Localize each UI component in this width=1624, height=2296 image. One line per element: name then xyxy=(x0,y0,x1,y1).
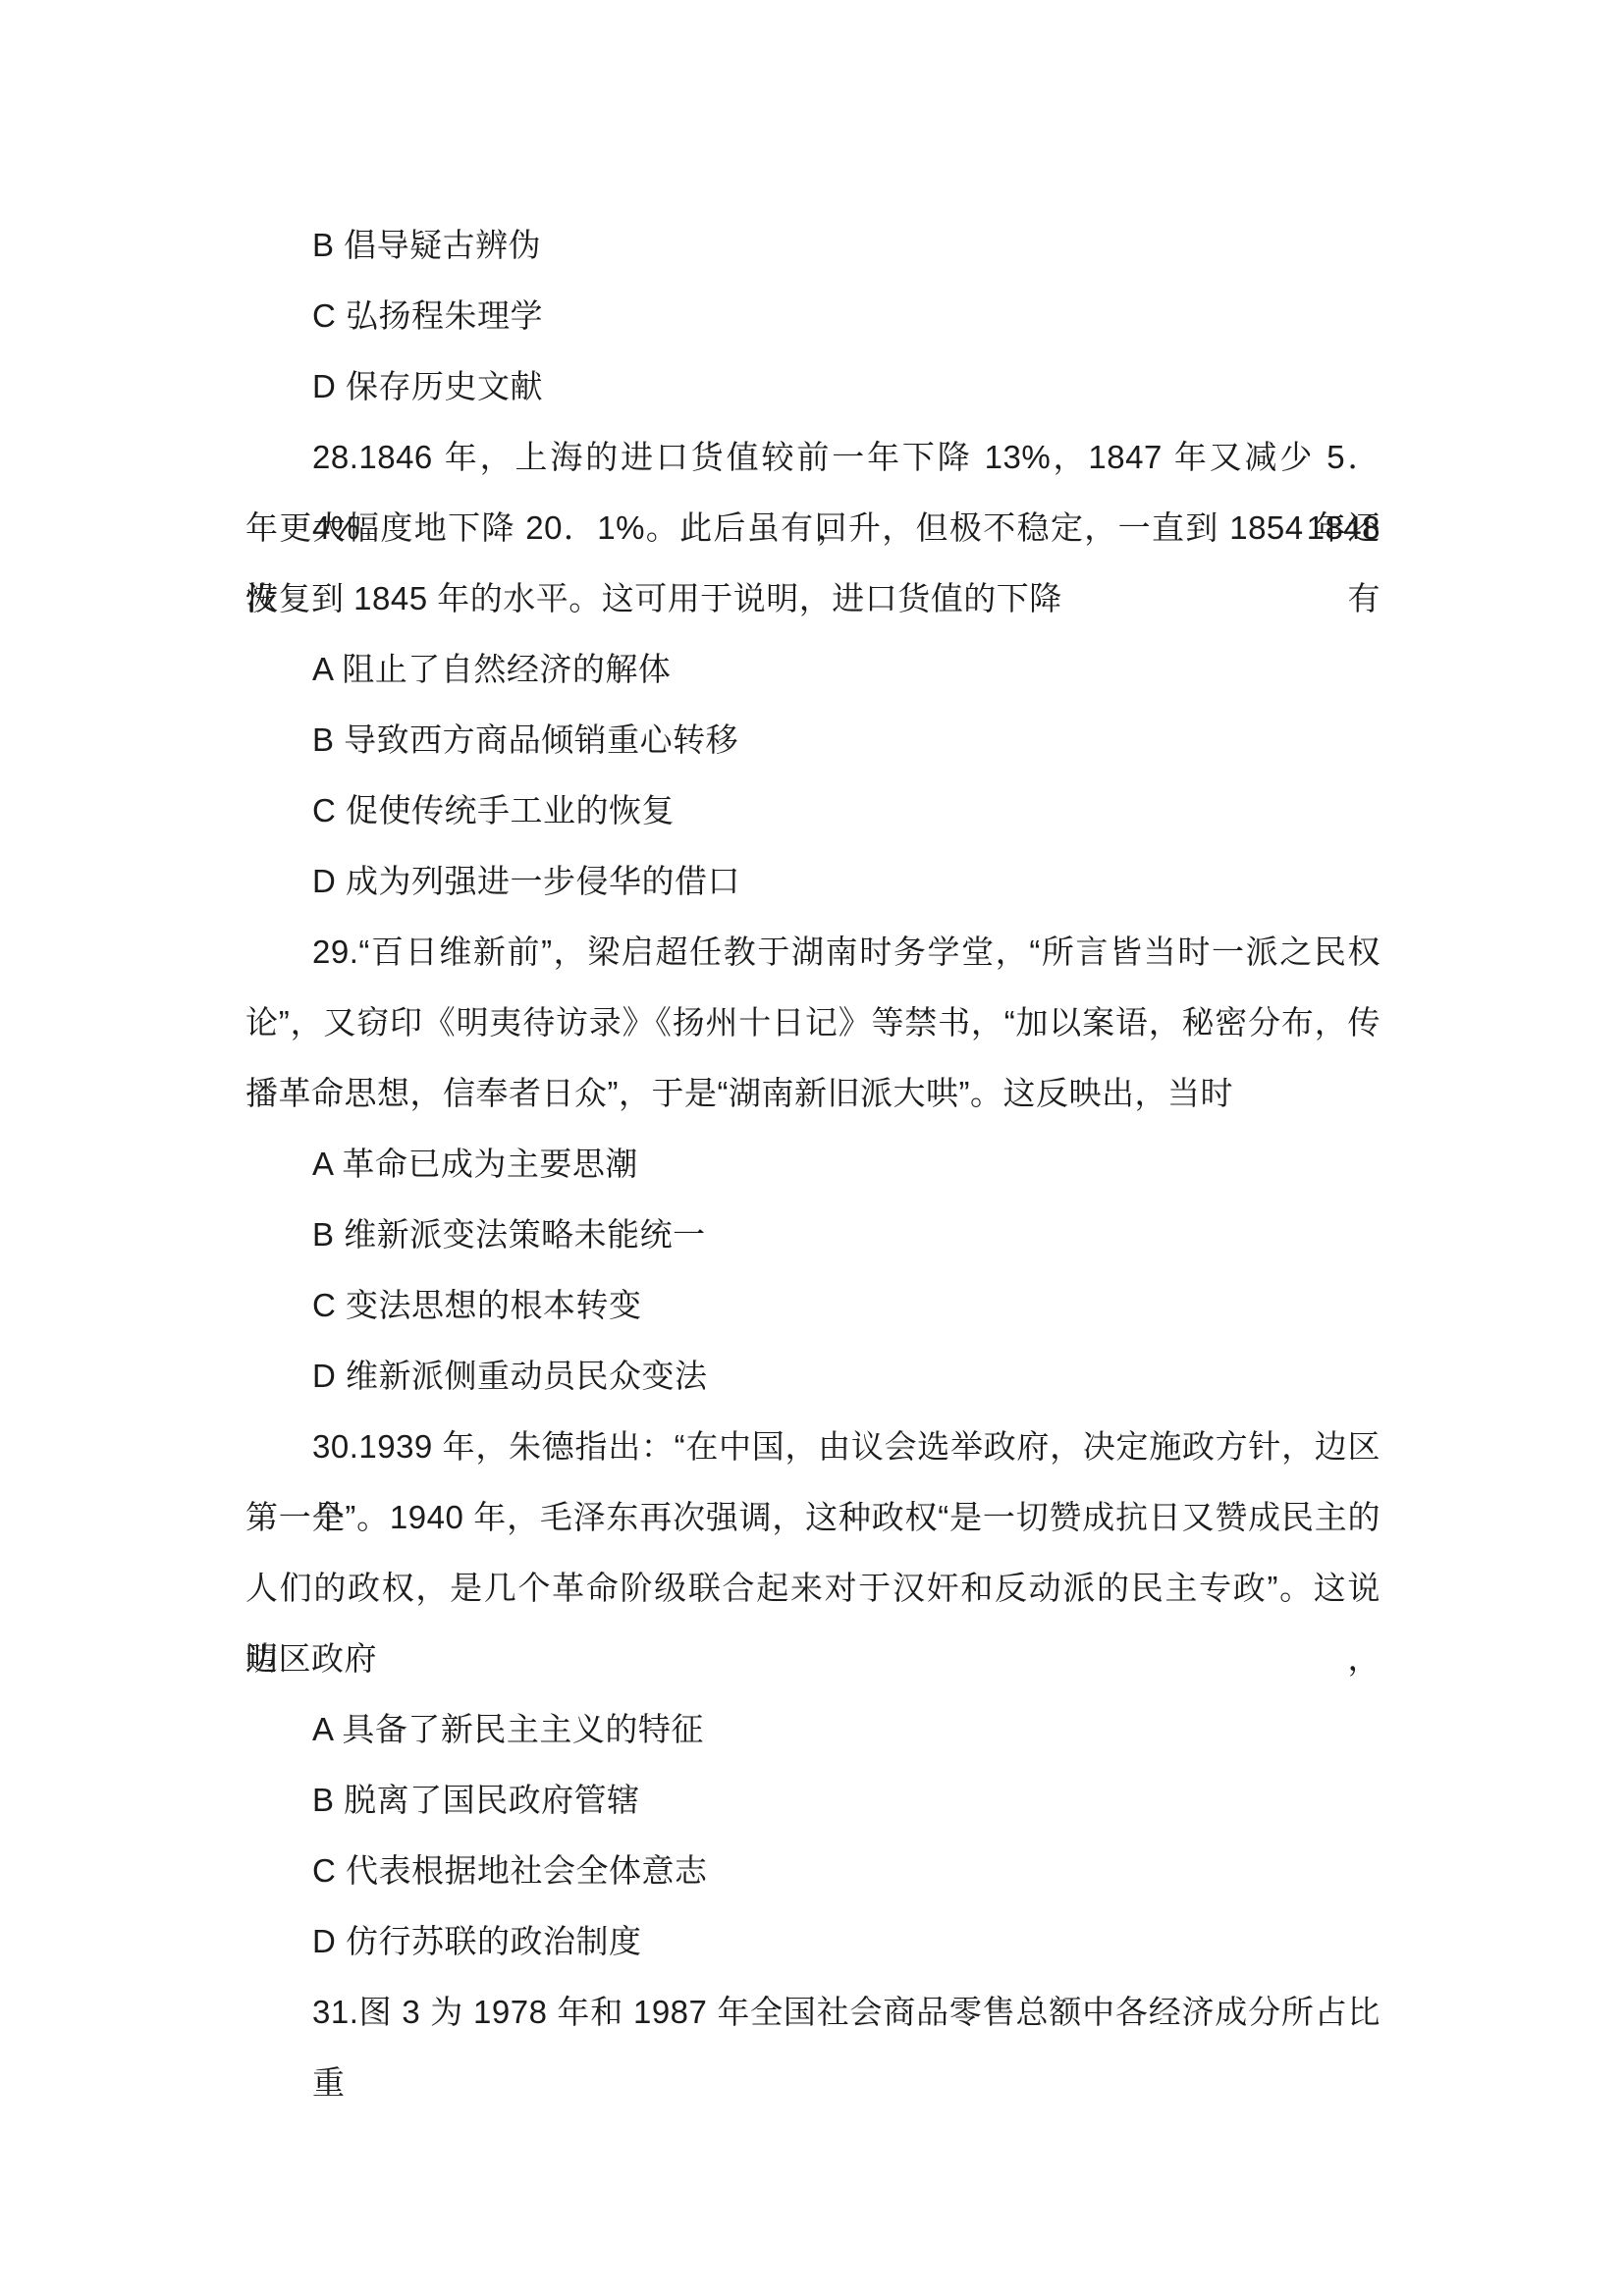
question-27-option-c: C 弘扬程朱理学 xyxy=(245,281,1380,351)
question-30-option-a: A 具备了新民主主义的特征 xyxy=(245,1694,1380,1765)
question-29-text-line-1: 29.“百日维新前”，梁启超任教于湖南时务学堂，“所言皆当时一派之民权 xyxy=(245,917,1380,988)
question-28-text-line-1: 28.1846 年，上海的进口货值较前一年下降 13%，1847 年又减少 5．… xyxy=(245,422,1380,493)
question-29-option-b: B 维新派变法策略未能统一 xyxy=(245,1200,1380,1270)
exam-text-block: B 倡导疑古辨伪 C 弘扬程朱理学 D 保存历史文献 28.1846 年，上海的… xyxy=(245,210,1380,2048)
question-27-option-b: B 倡导疑古辨伪 xyxy=(245,210,1380,281)
question-30-text-line-1: 30.1939 年，朱德指出：“在中国，由议会选举政府，决定施政方针，边区是 xyxy=(245,1412,1380,1482)
question-29-option-c: C 变法思想的根本转变 xyxy=(245,1270,1380,1341)
question-28-text-line-2: 年更大幅度地下降 20．1%。此后虽有回升，但极不稳定，一直到 1854 年还没… xyxy=(245,493,1380,563)
question-29-text-line-2: 论”，又窃印《明夷待访录》《扬州十日记》等禁书，“加以案语，秘密分布，传 xyxy=(245,988,1380,1058)
question-30-text-line-2: 第一个”。1940 年，毛泽东再次强调，这种政权“是一切赞成抗日又赞成民主的 xyxy=(245,1482,1380,1553)
question-30-option-c: C 代表根据地社会全体意志 xyxy=(245,1836,1380,1906)
question-30-option-d: D 仿行苏联的政治制度 xyxy=(245,1906,1380,1977)
question-31-text-line-1: 31.图 3 为 1978 年和 1987 年全国社会商品零售总额中各经济成分所… xyxy=(245,1977,1380,2048)
question-30-option-b: B 脱离了国民政府管辖 xyxy=(245,1765,1380,1836)
question-29-text-line-3: 播革命思想，信奉者日众”，于是“湖南新旧派大哄”。这反映出，当时 xyxy=(245,1058,1380,1129)
question-29-option-a: A 革命已成为主要思潮 xyxy=(245,1129,1380,1200)
exam-document-page: B 倡导疑古辨伪 C 弘扬程朱理学 D 保存历史文献 28.1846 年，上海的… xyxy=(0,0,1624,2296)
question-28-option-a: A 阻止了自然经济的解体 xyxy=(245,634,1380,705)
question-28-option-d: D 成为列强进一步侵华的借口 xyxy=(245,846,1380,917)
question-28-option-b: B 导致西方商品倾销重心转移 xyxy=(245,705,1380,775)
question-29-option-d: D 维新派侧重动员民众变法 xyxy=(245,1341,1380,1412)
question-28-option-c: C 促使传统手工业的恢复 xyxy=(245,775,1380,846)
question-27-option-d: D 保存历史文献 xyxy=(245,351,1380,422)
question-30-text-line-3: 人们的政权，是几个革命阶级联合起来对于汉奸和反动派的民主专政”。这说明， xyxy=(245,1553,1380,1624)
